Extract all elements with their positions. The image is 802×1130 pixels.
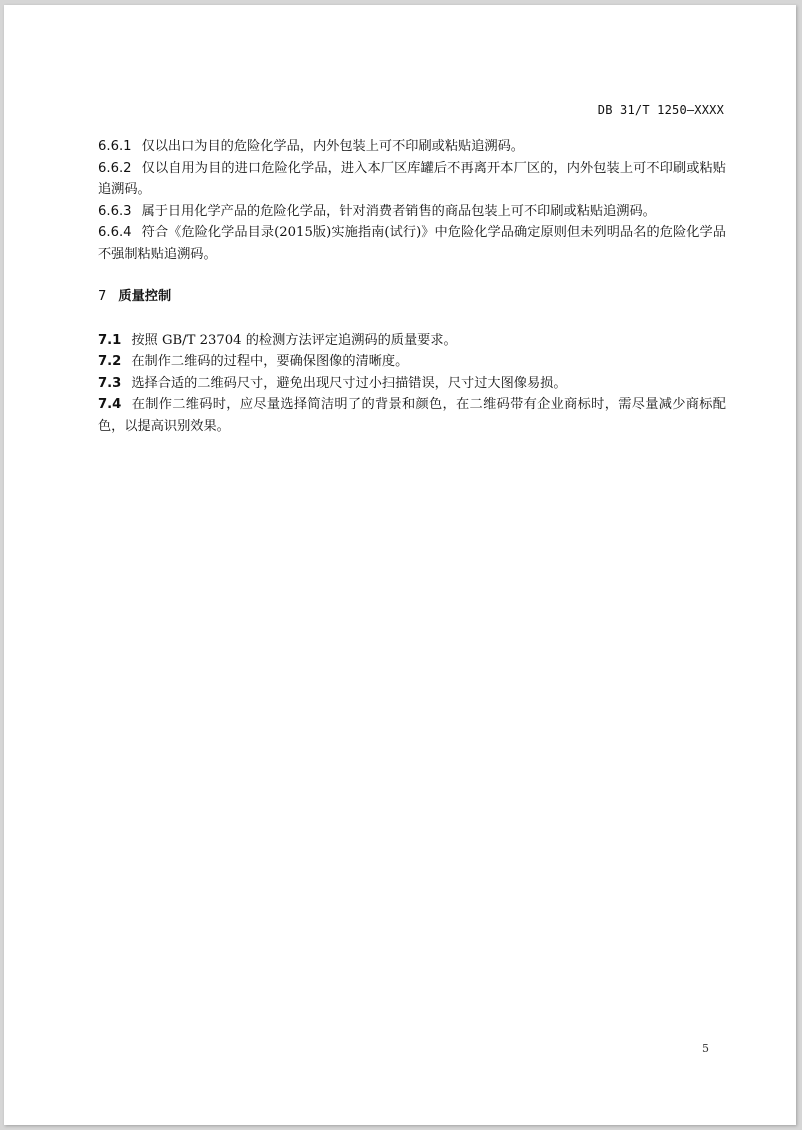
clause-text: 符合《危险化学品目录(2015版)实施指南(试行)》中危险化学品确定原则但未列明… bbox=[98, 225, 726, 262]
clause-text: 选择合适的二维码尺寸，避免出现尺寸过小扫描错误，尺寸过大图像易损。 bbox=[131, 376, 566, 391]
clause-number: 7.4 bbox=[98, 397, 121, 412]
clause-number: 6.6.4 bbox=[98, 225, 132, 240]
clause-7-1: 7.1按照 GB/T 23704 的检测方法评定追溯码的质量要求。 bbox=[98, 330, 726, 352]
clause-7-2: 7.2在制作二维码的过程中，要确保图像的清晰度。 bbox=[98, 351, 726, 373]
clause-number: 7.1 bbox=[98, 333, 121, 348]
document-body: 6.6.1仅以出口为目的危险化学品，内外包装上可不印刷或粘贴追溯码。 6.6.2… bbox=[98, 136, 726, 437]
clause-number: 7.2 bbox=[98, 354, 121, 369]
clause-number: 7.3 bbox=[98, 376, 121, 391]
clause-text: 在制作二维码的过程中，要确保图像的清晰度。 bbox=[131, 354, 408, 369]
document-page: DB 31/T 1250—XXXX 6.6.1仅以出口为目的危险化学品，内外包装… bbox=[4, 5, 796, 1125]
clause-number: 6.6.3 bbox=[98, 204, 132, 219]
clause-text: 仅以自用为目的进口危险化学品，进入本厂区库罐后不再离开本厂区的，内外包装上可不印… bbox=[98, 161, 726, 198]
clause-6-6-1: 6.6.1仅以出口为目的危险化学品，内外包装上可不印刷或粘贴追溯码。 bbox=[98, 136, 726, 158]
clause-text: 在制作二维码时，应尽量选择简洁明了的背景和颜色，在二维码带有企业商标时，需尽量减… bbox=[98, 397, 726, 434]
clause-text: 按照 GB/T 23704 的检测方法评定追溯码的质量要求。 bbox=[131, 333, 456, 348]
document-code-header: DB 31/T 1250—XXXX bbox=[4, 103, 724, 117]
clause-6-6-4: 6.6.4符合《危险化学品目录(2015版)实施指南(试行)》中危险化学品确定原… bbox=[98, 222, 726, 265]
clause-text: 属于日用化学产品的危险化学品，针对消费者销售的商品包装上可不印刷或粘贴追溯码。 bbox=[142, 204, 656, 219]
clause-6-6-3: 6.6.3属于日用化学产品的危险化学品，针对消费者销售的商品包装上可不印刷或粘贴… bbox=[98, 201, 726, 223]
clause-7-3: 7.3选择合适的二维码尺寸，避免出现尺寸过小扫描错误，尺寸过大图像易损。 bbox=[98, 373, 726, 395]
clause-7-4: 7.4在制作二维码时，应尽量选择简洁明了的背景和颜色，在二维码带有企业商标时，需… bbox=[98, 394, 726, 437]
section-7-heading: 7质量控制 bbox=[98, 286, 726, 308]
page-number: 5 bbox=[702, 1042, 709, 1055]
clause-number: 6.6.2 bbox=[98, 161, 132, 176]
section-title: 质量控制 bbox=[118, 289, 171, 304]
clause-6-6-2: 6.6.2仅以自用为目的进口危险化学品，进入本厂区库罐后不再离开本厂区的，内外包… bbox=[98, 158, 726, 201]
section-number: 7 bbox=[98, 289, 106, 304]
clause-number: 6.6.1 bbox=[98, 139, 132, 154]
clause-text: 仅以出口为目的危险化学品，内外包装上可不印刷或粘贴追溯码。 bbox=[142, 139, 524, 154]
